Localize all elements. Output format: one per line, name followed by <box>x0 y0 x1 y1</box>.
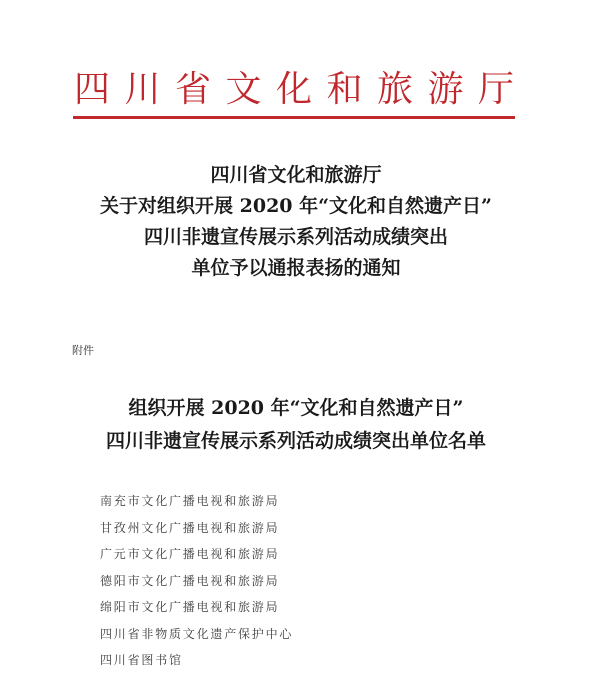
attachment-title: 组织开展 2020 年“文化和自然遗产日” 四川非遗宣传展示系列活动成绩突出单位… <box>0 392 592 458</box>
notice-title-line: 单位予以通报表扬的通知 <box>0 253 592 284</box>
list-item: 四川省图书馆 <box>100 647 293 674</box>
list-item: 甘孜州文化广播电视和旅游局 <box>100 515 293 542</box>
list-item: 四川省非物质文化遗产保护中心 <box>100 621 293 648</box>
letterhead-divider <box>73 116 515 119</box>
list-item: 德阳市文化广播电视和旅游局 <box>100 568 293 595</box>
notice-title-line: 关于对组织开展 2020 年“文化和自然遗产日” <box>0 191 592 222</box>
notice-title-line: 四川非遗宣传展示系列活动成绩突出 <box>0 222 592 253</box>
letterhead-char: 四 <box>73 68 111 112</box>
attachment-label: 附件 <box>72 343 94 359</box>
letterhead-char: 省 <box>174 68 212 112</box>
list-item: 广元市文化广播电视和旅游局 <box>100 541 293 568</box>
attachment-title-line: 四川非遗宣传展示系列活动成绩突出单位名单 <box>0 425 592 458</box>
letterhead-char: 化 <box>275 68 313 112</box>
letterhead-title: 四 川 省 文 化 和 旅 游 厅 <box>73 68 515 112</box>
letterhead-char: 游 <box>427 68 465 112</box>
letterhead-char: 厅 <box>477 68 515 112</box>
notice-title-line: 四川省文化和旅游厅 <box>0 160 592 191</box>
letterhead-char: 和 <box>326 68 364 112</box>
letterhead-char: 旅 <box>376 68 414 112</box>
list-item: 绵阳市文化广播电视和旅游局 <box>100 594 293 621</box>
letterhead-char: 川 <box>124 68 162 112</box>
notice-title: 四川省文化和旅游厅 关于对组织开展 2020 年“文化和自然遗产日” 四川非遗宣… <box>0 160 592 284</box>
attachment-title-line: 组织开展 2020 年“文化和自然遗产日” <box>0 392 592 425</box>
list-item: 南充市文化广播电视和旅游局 <box>100 488 293 515</box>
unit-list: 南充市文化广播电视和旅游局 甘孜州文化广播电视和旅游局 广元市文化广播电视和旅游… <box>100 488 293 674</box>
letterhead-char: 文 <box>225 68 263 112</box>
